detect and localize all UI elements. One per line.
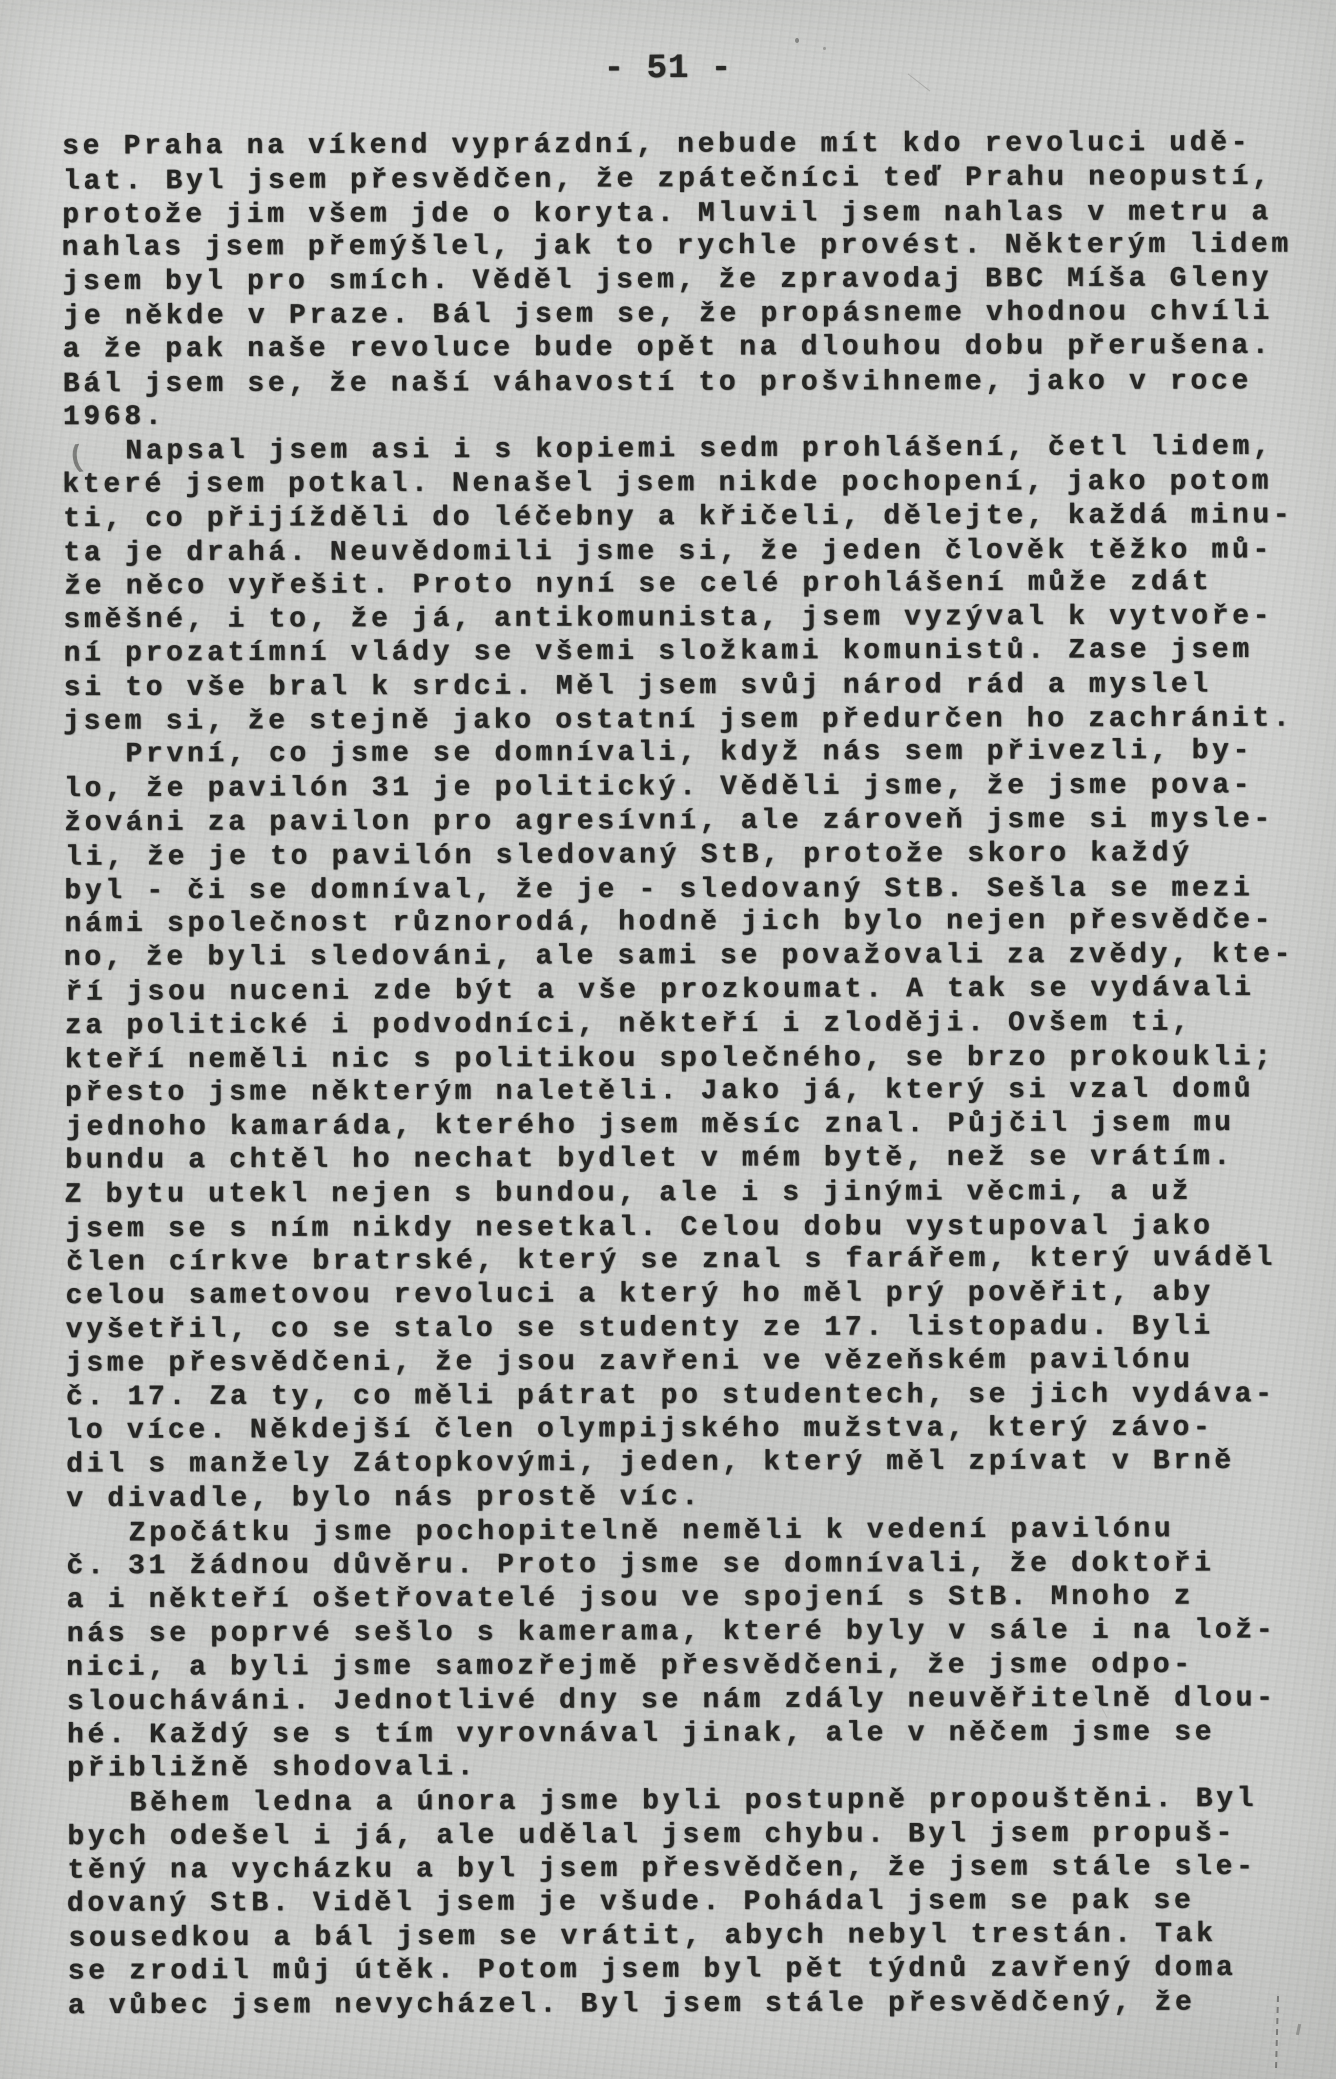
- text-line: nici, a byli jsme samozřejmě přesvědčeni…: [66, 1648, 1316, 1685]
- scanned-document-page: - 51 - se Praha na víkend vyprázdní, neb…: [0, 0, 1336, 2079]
- text-line: ta je drahá. Neuvědomili jsme si, že jed…: [63, 534, 1313, 571]
- text-line: námi společnost různorodá, hodně jich by…: [64, 905, 1314, 943]
- text-line: Napsal jsem asi i s kopiemi sedm prohláš…: [64, 431, 1314, 470]
- text-line: jsem si, že stejně jako ostatní jsem pře…: [63, 702, 1313, 739]
- scan-artifact-speck: [1296, 2024, 1301, 2035]
- text-line: dil s manžely Zátopkovými, jeden, který …: [66, 1445, 1316, 1483]
- text-line: li, že je to pavilón sledovaný StB, prot…: [65, 836, 1315, 875]
- text-line: se zrodil můj útěk. Potom jsem byl pět t…: [68, 1952, 1318, 1990]
- text-line: Během ledna a února jsme byli postupně p…: [68, 1783, 1318, 1822]
- text-line: no, že byli sledováni, ale sami se považ…: [64, 939, 1314, 976]
- text-line: Bál jsem se, že naší váhavostí to prošvi…: [63, 365, 1313, 402]
- text-line: lo více. Někdejší člen olympijského mužs…: [65, 1412, 1315, 1449]
- text-line: Z bytu utekl nejen s bundou, ale i s jin…: [65, 1175, 1315, 1212]
- document-body-text: se Praha na víkend vyprázdní, nebude mít…: [62, 127, 1318, 2024]
- text-line: bundu a chtěl ho nechat bydlet v mém byt…: [65, 1141, 1315, 1179]
- text-line: Zpočátku jsme pochopitelně neměli k vede…: [67, 1512, 1317, 1551]
- text-line: jsme přesvědčeni, že jsou zavřeni ve věz…: [66, 1343, 1316, 1381]
- text-line: byl - či se domníval, že je - sledovaný …: [64, 872, 1314, 909]
- text-line: jsem se s ním nikdy nesetkal. Celou dobu…: [65, 1210, 1315, 1247]
- text-line: si to vše bral k srdci. Měl jsem svůj ná…: [64, 668, 1314, 706]
- text-line: 1968.: [63, 398, 1313, 436]
- text-line: a vůbec jsem nevycházel. Byl jsem stále …: [68, 1986, 1318, 2024]
- text-line: přibližně shodovali.: [67, 1749, 1317, 1787]
- text-line: lat. Byl jsem přesvědčen, že zpátečníci …: [63, 160, 1313, 199]
- text-line: které jsem potkal. Nenašel jsem nikde po…: [62, 465, 1312, 502]
- text-line: a že pak naše revoluce bude opět na dlou…: [63, 329, 1313, 367]
- scan-artifact-speck: [795, 38, 799, 43]
- text-line: v divadle, bylo nás prostě víc.: [66, 1479, 1316, 1517]
- text-line: jednoho kamaráda, kterého jsem měsíc zna…: [66, 1107, 1316, 1146]
- text-line: celou sametovou revoluci a který ho měl …: [66, 1276, 1316, 1314]
- text-line: ří jsou nuceni zde být a vše prozkoumat.…: [65, 972, 1315, 1011]
- text-line: za politické i podvodníci, někteří i zlo…: [65, 1006, 1315, 1044]
- text-line: že něco vyřešit. Proto nyní se celé proh…: [64, 566, 1314, 605]
- text-line: č. 31 žádnou důvěru. Proto jsme se domní…: [66, 1548, 1316, 1585]
- text-line: a i někteří ošetřovatelé jsou ve spojení…: [67, 1580, 1317, 1618]
- text-line: přesto jsme některým naletěli. Jako já, …: [65, 1074, 1315, 1112]
- text-line: směšné, i to, že já, antikomunista, jsem…: [63, 600, 1313, 638]
- text-line: ti, co přijížděli do léčebny a křičeli, …: [63, 499, 1313, 537]
- text-line: těný na vycházku a byl jsem přesvědčen, …: [67, 1850, 1317, 1888]
- text-line: člen církve bratrské, který se znal s fa…: [66, 1242, 1316, 1281]
- text-line: hé. Každý se s tím vyrovnával jinak, ale…: [67, 1717, 1317, 1754]
- text-line: dovaný StB. Viděl jsem je všude. Pohádal…: [67, 1885, 1317, 1922]
- page-number: - 51 -: [0, 48, 1336, 91]
- text-line: je někde v Praze. Bál jsem se, že propás…: [63, 296, 1313, 335]
- text-line: č. 17. Za ty, co měli pátrat po studente…: [66, 1379, 1316, 1416]
- text-line: se Praha na víkend vyprázdní, nebude mít…: [62, 127, 1312, 165]
- text-line: jsem byl pro smích. Věděl jsem, že zprav…: [62, 262, 1312, 300]
- text-line: vyšetřil, co se stalo se studenty ze 17.…: [66, 1310, 1316, 1348]
- text-line: sloucháváni. Jednotlivé dny se nám zdály…: [67, 1682, 1317, 1720]
- text-line: nahlas jsem přemýšlel, jak to rychle pro…: [62, 229, 1312, 266]
- text-line: žováni za pavilon pro agresívní, ale zár…: [64, 803, 1314, 841]
- text-line: lo, že pavilón 31 je politický. Věděli j…: [64, 769, 1314, 807]
- text-line: protože jim všem jde o koryta. Mluvil js…: [62, 196, 1312, 233]
- text-line: sousedkou a bál jsem se vrátit, abych ne…: [68, 1918, 1318, 1957]
- text-line: ní prozatímní vlády se všemi složkami ko…: [64, 634, 1314, 672]
- text-line: bych odešel i já, ale udělal jsem chybu.…: [67, 1817, 1317, 1855]
- text-line: kteří neměli nic s politikou společného,…: [65, 1041, 1315, 1078]
- text-line: nás se poprvé sešlo s kamerama, které by…: [67, 1614, 1317, 1652]
- text-line: První, co jsme se domnívali, když nás se…: [64, 735, 1314, 773]
